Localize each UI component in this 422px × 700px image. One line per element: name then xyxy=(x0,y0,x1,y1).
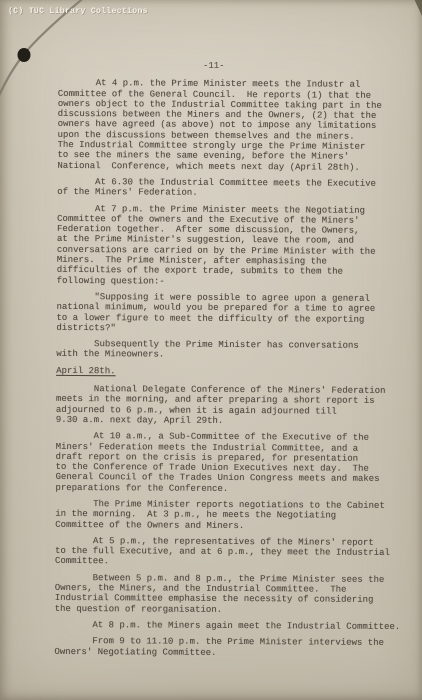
document-paragraph: At 7 p.m. the Prime Minister meets the N… xyxy=(57,203,419,288)
document-paragraph: At 4 p.m. the Prime Minister meets the I… xyxy=(57,78,420,173)
document-paragraph: At 10 a.m., a Sub-Committee of the Execu… xyxy=(55,431,417,495)
document-paragraph: From 9 to 11.10 p.m. the Prime Minister … xyxy=(54,636,416,659)
document-paragraph: At 8 p.m. the Miners again meet the Indu… xyxy=(55,620,417,633)
date-heading: April 28th. xyxy=(56,366,418,379)
document-paragraph: Between 5 p.m. and 8 p.m., the Prime Min… xyxy=(55,573,417,616)
copyright-watermark: (C) TUC Library Collections xyxy=(8,7,148,16)
document-paragraph: Subsequently the Prime Minister has conv… xyxy=(56,339,418,362)
page-number: -11- xyxy=(58,60,420,73)
document-body: -11- At 4 p.m. the Prime Minister meets … xyxy=(54,0,420,665)
scanned-document-page: (C) TUC Library Collections -11- At 4 p.… xyxy=(0,0,422,700)
document-section-after-heading: National Delegate Conference of the Mine… xyxy=(54,384,418,659)
document-paragraph: The Prime Minister reports negotiations … xyxy=(55,499,417,532)
document-section-before-heading: At 4 p.m. the Prime Minister meets the I… xyxy=(56,78,420,362)
document-paragraph: At 5 p.m., the representatives of the Mi… xyxy=(55,536,417,569)
document-paragraph: At 6.30 the Industrial Committee meets t… xyxy=(57,177,419,200)
document-paragraph: "Supposing it were possible to agree upo… xyxy=(56,292,418,335)
punch-hole-dot xyxy=(18,48,31,62)
document-paragraph: National Delegate Conference of the Mine… xyxy=(56,384,418,427)
